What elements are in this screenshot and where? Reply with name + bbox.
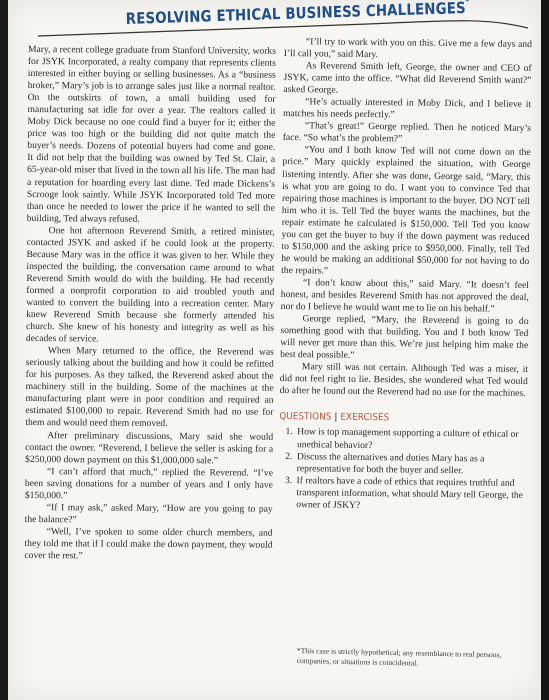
- heading-separator: |: [334, 412, 337, 423]
- questions-label: QUESTIONS: [279, 411, 331, 423]
- paragraph: “Well, I’ve spoken to some older church …: [24, 526, 272, 564]
- questions-list: How is top management supporting a cultu…: [278, 426, 527, 513]
- header: RESOLVING ETHICAL BUSINESS CHALLENGES*: [8, 0, 541, 40]
- page-edge-shadow: [541, 0, 549, 700]
- paragraph: “I don’t know about this,” said Mary. “I…: [281, 277, 529, 316]
- paragraph: One hot afternoon Reverend Smith, a reti…: [26, 225, 275, 347]
- left-column: Mary, a recent college graduate from Sta…: [24, 44, 276, 564]
- question-item: If realtors have a code of ethics that r…: [294, 475, 526, 514]
- paragraph: Mary still was not certain. Although Ted…: [280, 361, 528, 400]
- exercises-label: EXERCISES: [340, 412, 389, 424]
- footnote: *This case is strictly hypothetical; any…: [297, 646, 537, 671]
- right-column: “I’ll try to work with you on this. Give…: [278, 36, 532, 514]
- paragraph: Mary, a recent college graduate from Sta…: [27, 44, 276, 226]
- paragraph: “If I may ask,” asked Mary, “How are you…: [25, 502, 273, 528]
- title-footnote-marker: *: [465, 0, 469, 6]
- paragraph: “I can’t afford that much,” replied the …: [25, 466, 273, 504]
- paragraph: When Mary returned to the office, the Re…: [25, 345, 274, 431]
- document-page: RESOLVING ETHICAL BUSINESS CHALLENGES* M…: [8, 0, 541, 700]
- paragraph: “You and I both know Ted will not come d…: [281, 144, 531, 280]
- paragraph: “I’ll try to work with you on this. Give…: [284, 36, 532, 63]
- question-item: Discuss the alternatives and duties Mary…: [295, 451, 527, 478]
- paragraph: “He’s actually interested in Moby Dick, …: [283, 96, 531, 123]
- question-item: How is top management supporting a cultu…: [295, 427, 527, 454]
- paragraph: George replied, “Mary, the Reverend is g…: [280, 313, 529, 364]
- paragraph: “That’s great!” George replied. Then he …: [283, 120, 531, 147]
- paragraph: As Reverend Smith left, George, the owne…: [283, 60, 531, 99]
- paragraph: After preliminary discussions, Mary said…: [25, 429, 273, 467]
- questions-heading: QUESTIONS | EXERCISES: [279, 411, 507, 426]
